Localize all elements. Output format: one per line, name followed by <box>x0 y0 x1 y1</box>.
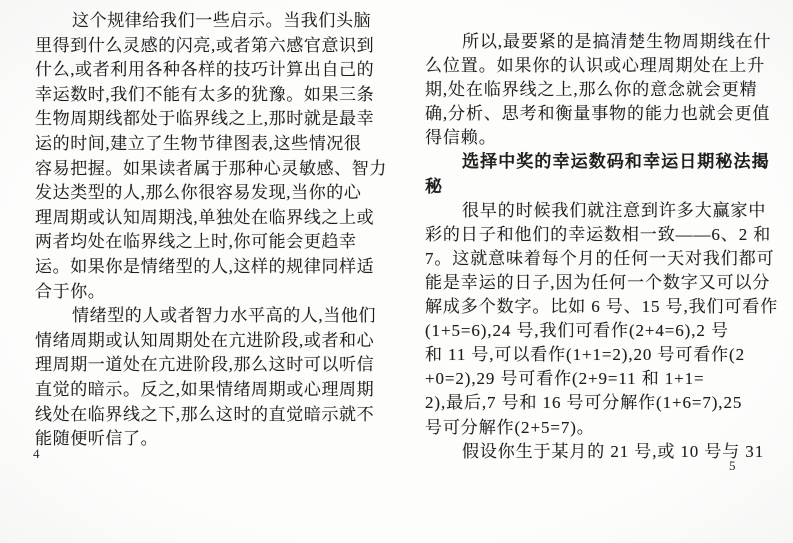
right-page-text: 所以,最要紧的是搞清楚生物周期线在什么位置。如果你的认识或心理周期处在上升期,处… <box>425 30 781 464</box>
left-page-text: 这个规律给我们一些启示。当我们头脑里得到什么灵感的闪亮,或者第六感官意识到什么,… <box>35 9 393 452</box>
section-heading-line: 秘 <box>425 175 781 199</box>
text-line: 这个规律给我们一些启示。当我们头脑 <box>35 9 393 34</box>
text-line: 确,分析、思考和衡量事物的能力也就会更值 <box>425 102 781 126</box>
text-line: 发达类型的人,那么你很容易发现,当你的心 <box>35 181 393 206</box>
text-line: 2),最后,7 号和 16 号可分解作(1+6=7),25 <box>425 391 781 415</box>
text-line: 假设你生于某月的 21 号,或 10 号与 31 <box>425 440 781 464</box>
text-line: 解成多个数字。比如 6 号、15 号,我们可看作 <box>425 295 781 319</box>
text-line: 两者均处在临界线之上时,你可能会更趋幸 <box>35 230 393 255</box>
text-line: 号可分解作(2+5=7)。 <box>425 416 781 440</box>
book-scan: 这个规律给我们一些启示。当我们头脑里得到什么灵感的闪亮,或者第六感官意识到什么,… <box>0 0 793 543</box>
text-line: 么位置。如果你的认识或心理周期处在上升 <box>425 54 781 78</box>
text-line: 什么,或者利用各种各样的技巧计算出自己的 <box>35 58 393 83</box>
text-line: 所以,最要紧的是搞清楚生物周期线在什 <box>425 30 781 54</box>
text-line: 直觉的暗示。反之,如果情绪周期或心理周期 <box>35 378 393 403</box>
text-line: 7。这就意味着每个月的任何一天对我们都可 <box>425 247 781 271</box>
text-line: 理周期一道处在亢进阶段,那么这时可以听信 <box>35 353 393 378</box>
text-line: 得信赖。 <box>425 126 781 150</box>
text-line: (1+5=6),24 号,我们可看作(2+4=6),2 号 <box>425 319 781 343</box>
text-line: 理周期或认知周期浅,单独处在临界线之上或 <box>35 206 393 231</box>
text-line: 运。如果你是情绪型的人,这样的规律同样适 <box>35 255 393 280</box>
text-line: 容易把握。如果读者属于那种心灵敏感、智力 <box>35 157 393 182</box>
text-line: 运的时间,建立了生物节律图表,这些情况很 <box>35 132 393 157</box>
left-page-number: 4 <box>33 446 40 462</box>
text-line: 生物周期线都处于临界线之上,那时就是最幸 <box>35 107 393 132</box>
text-line: 线处在临界线之下,那么这时的直觉暗示就不 <box>35 403 393 428</box>
text-line: 和 11 号,可以看作(1+1=2),20 号可看作(2 <box>425 343 781 367</box>
text-line: 合于你。 <box>35 280 393 305</box>
text-line: 情绪型的人或者智力水平高的人,当他们 <box>35 304 393 329</box>
text-line: 情绪周期或认知周期处在亢进阶段,或者和心 <box>35 329 393 354</box>
text-line: 里得到什么灵感的闪亮,或者第六感官意识到 <box>35 34 393 59</box>
text-line: 很早的时候我们就注意到许多大赢家中 <box>425 199 781 223</box>
right-page-number: 5 <box>729 458 736 474</box>
text-line: 能是幸运的日子,因为任何一个数字又可以分 <box>425 271 781 295</box>
text-line: +0=2),29 号可看作(2+9=11 和 1+1= <box>425 367 781 391</box>
text-line: 彩的日子和他们的幸运数相一致——6、2 和 <box>425 223 781 247</box>
text-line: 期,处在临界线之上,那么你的意念就会更精 <box>425 78 781 102</box>
text-line: 幸运数时,我们不能有太多的犹豫。如果三条 <box>35 83 393 108</box>
section-heading-line: 选择中奖的幸运数码和幸运日期秘法揭 <box>425 150 781 174</box>
text-line: 能随便听信了。 <box>35 427 393 452</box>
